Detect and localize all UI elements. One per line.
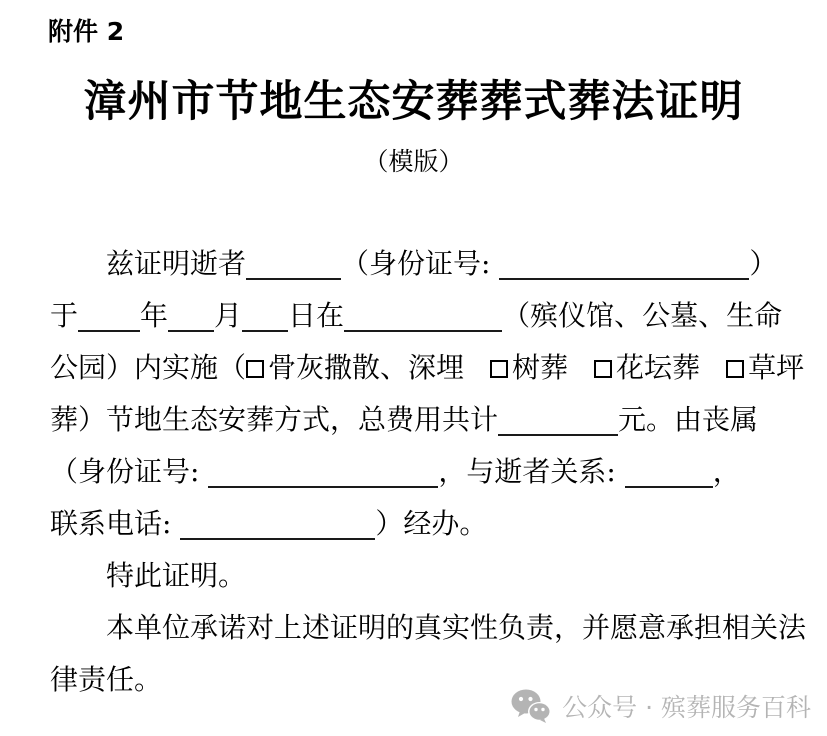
text-segment: 本单位承诺对上述证明的真实性负责，并愿意承担相关法: [106, 611, 806, 644]
watermark-label: 公众号 · 殡葬服务百科: [562, 688, 811, 724]
checkbox-label: 花坛葬: [616, 351, 700, 384]
text-segment: 年: [140, 299, 168, 332]
document-body: 兹证明逝者（身份证号: ） 于年月日在（殡仪馆、公墓、生命 公园）内实施（骨灰撒…: [50, 238, 791, 706]
checkbox-lawn-burial: [726, 360, 744, 378]
document-title: 漳州市节地生态安葬葬式葬法证明: [0, 68, 827, 129]
text-segment: 葬）节地生态安葬方式，总费用共计: [50, 403, 498, 436]
checkbox-flowerbed-burial: [594, 360, 612, 378]
checkbox-label: 骨灰撒散、深埋: [268, 351, 464, 384]
blank-total-cost: [498, 406, 618, 436]
text-segment: ）经办。: [375, 507, 487, 540]
blank-deceased-id-number: [499, 250, 749, 280]
checkbox-ash-scattering-deep-burial: [246, 360, 264, 378]
blank-relationship: [625, 458, 713, 488]
body-line-4: 葬）节地生态安葬方式，总费用共计元。由丧属: [50, 394, 791, 446]
blank-year: [78, 302, 140, 332]
text-segment: 兹证明逝者: [106, 247, 246, 280]
checkbox-label: 草坪: [748, 351, 804, 384]
attachment-label: 附件 2: [48, 12, 124, 48]
text-segment: ，与逝者关系:: [438, 455, 615, 488]
text-segment: 律责任。: [50, 663, 162, 696]
body-line-1: 兹证明逝者（身份证号: ）: [50, 238, 791, 290]
document-subtitle: （模版）: [0, 142, 827, 178]
text-segment: 日在: [288, 299, 344, 332]
text-segment: （身份证号:: [50, 455, 199, 488]
text-segment: 元。由丧属: [618, 403, 758, 436]
blank-deceased-name: [246, 250, 341, 280]
checkbox-tree-burial: [490, 360, 508, 378]
blank-day: [242, 302, 288, 332]
text-segment: ）: [749, 247, 777, 280]
checkbox-label: 树葬: [512, 351, 568, 384]
body-line-2: 于年月日在（殡仪馆、公墓、生命: [50, 290, 791, 342]
blank-location: [344, 302, 502, 332]
blank-month: [168, 302, 214, 332]
blank-contact-phone: [180, 510, 375, 540]
certificate-document: 附件 2 漳州市节地生态安葬葬式葬法证明 （模版） 兹证明逝者（身份证号: ） …: [0, 0, 827, 736]
watermark: 公众号 · 殡葬服务百科: [510, 688, 811, 724]
text-segment: 特此证明。: [106, 559, 246, 592]
body-line-5: （身份证号: ，与逝者关系: ，: [50, 446, 791, 498]
text-segment: 公园）内实施（: [50, 351, 246, 384]
body-line-6: 联系电话: ）经办。: [50, 498, 791, 550]
wechat-icon: [510, 688, 552, 724]
text-segment: 于: [50, 299, 78, 332]
text-segment: （殡仪馆、公墓、生命: [502, 299, 782, 332]
text-segment: （身份证号:: [341, 247, 490, 280]
body-line-3: 公园）内实施（骨灰撒散、深埋树葬花坛葬草坪: [50, 342, 791, 394]
text-segment: 联系电话:: [50, 507, 171, 540]
text-segment: ，: [713, 455, 741, 488]
body-line-7: 特此证明。: [50, 550, 791, 602]
text-segment: 月: [214, 299, 242, 332]
blank-family-id-number: [208, 458, 438, 488]
body-line-8: 本单位承诺对上述证明的真实性负责，并愿意承担相关法: [50, 602, 791, 654]
